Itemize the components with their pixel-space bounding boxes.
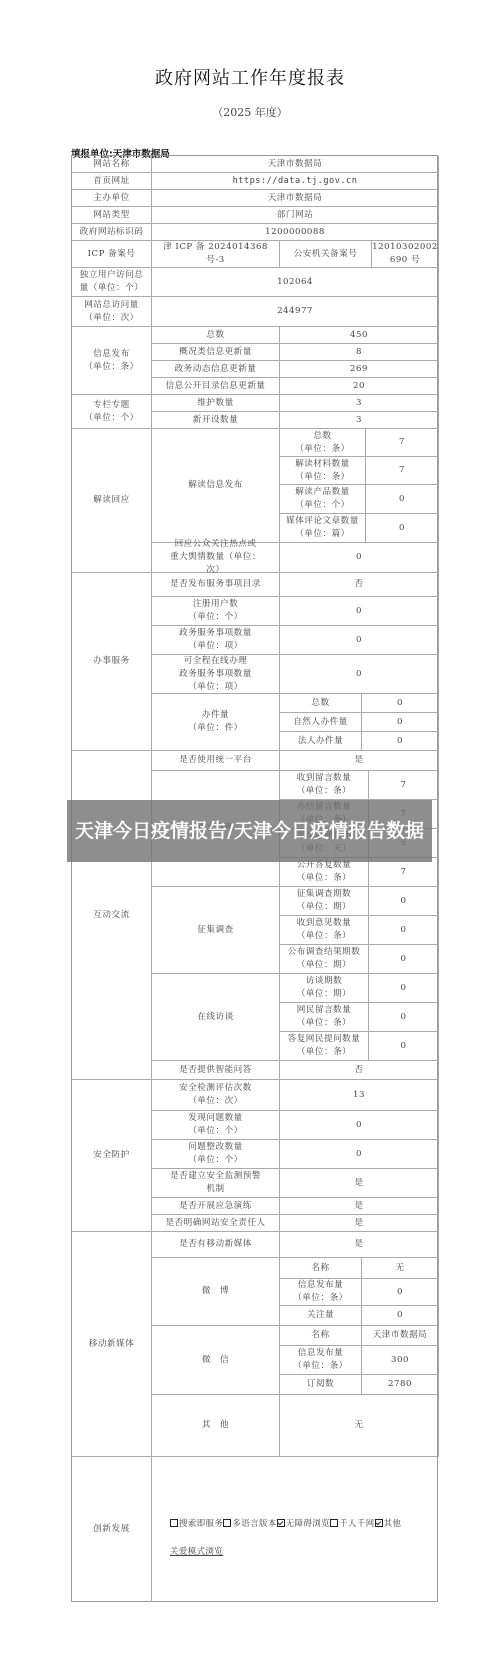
security-row-value: 是 <box>280 1198 439 1215</box>
label-other-media: 其 他 <box>152 1395 280 1457</box>
security-row-value: 0 <box>280 1140 439 1169</box>
label-survey: 征集调查 <box>152 887 280 974</box>
label-security: 安全防护 <box>72 1080 152 1232</box>
survey-row-label: 公布调查结果期数 （单位：期） <box>280 945 369 974</box>
other-innovation-text: 关爱模式浏览 <box>170 1546 223 1556</box>
survey-row-label: 征集调查期数 （单位：期） <box>280 887 369 916</box>
label-site-name: 网站名称 <box>72 156 152 173</box>
label-service-catalog: 是否发布服务事项目录 <box>152 573 280 597</box>
label-cases: 办件量 （单位：件） <box>152 694 280 751</box>
label-info-publish: 信息发布 （单位：条） <box>72 327 152 395</box>
msg-row-value: 7 <box>369 858 439 887</box>
cases-row-value: 0 <box>362 713 439 732</box>
label-has-mobile-media: 是否有移动新媒体 <box>152 1232 280 1258</box>
label-interpret-publish: 解读信息发布 <box>152 429 280 543</box>
report-year: （2025 年度） <box>0 104 500 120</box>
option-label: 无障碍浏览 <box>286 1518 330 1528</box>
value-has-mobile-media: 是 <box>280 1232 439 1258</box>
value-icp: 津 ICP 备 2024014368 号-3 <box>152 241 280 268</box>
weibo-row-value: 0 <box>362 1306 439 1326</box>
cases-row-label: 总数 <box>280 694 362 713</box>
security-row-value: 13 <box>280 1080 439 1111</box>
wechat-row-value: 300 <box>362 1346 439 1375</box>
interpret-row-value: 0 <box>366 485 439 514</box>
msg-row-value: 7 <box>369 771 439 800</box>
info-row-value: 269 <box>280 361 439 378</box>
value-online-items: 0 <box>280 655 439 694</box>
wechat-row-value: 天津市数据局 <box>362 1326 439 1346</box>
label-police-record: 公安机关备案号 <box>280 241 372 268</box>
value-smart-qa: 否 <box>280 1061 439 1080</box>
security-row-label: 安全检测评估次数 （单位：次） <box>152 1080 280 1111</box>
interpret-row-label: 媒体评论文章数量 （单位：篇） <box>280 514 366 543</box>
interpret-row-value: 7 <box>366 457 439 485</box>
value-site-type: 部门网站 <box>152 207 439 224</box>
value-hot-response: 0 <box>280 543 439 573</box>
label-innovation: 创新发展 <box>72 1457 152 1602</box>
talk-row-label: 网民留言数量 （单位：条） <box>280 1003 369 1032</box>
info-row-label: 政务动态信息更新量 <box>152 361 280 378</box>
talk-row-value: 0 <box>369 1032 439 1061</box>
value-other-media: 无 <box>280 1395 439 1457</box>
innovation-options: 搜索即服务多语言版本无障碍浏览千人千网其他 关爱模式浏览 <box>152 1457 439 1602</box>
label-registered-users: 注册用户数 （单位：个） <box>152 597 280 626</box>
label-site-type: 网站类型 <box>72 207 152 224</box>
column-row-label: 维护数量 <box>152 395 280 412</box>
label-online-interview: 在线访谈 <box>152 974 280 1061</box>
label-unified-platform: 是否使用统一平台 <box>152 751 280 771</box>
info-row-value: 20 <box>280 378 439 395</box>
wechat-row-label: 名称 <box>280 1326 362 1346</box>
label-smart-qa: 是否提供智能问答 <box>152 1061 280 1080</box>
cases-row-label: 法人办件量 <box>280 732 362 751</box>
security-row-value: 是 <box>280 1169 439 1198</box>
interpret-row-value: 7 <box>366 429 439 457</box>
option-label: 搜索即服务 <box>179 1518 223 1528</box>
report-title: 政府网站工作年度报表 <box>0 64 500 90</box>
label-mobile-media: 移动新媒体 <box>72 1232 152 1457</box>
msg-row-label: 公开答复数量 （单位：条） <box>280 858 369 887</box>
talk-row-label: 答复网民提问数量 （单位：条） <box>280 1032 369 1061</box>
wechat-row-value: 2780 <box>362 1375 439 1395</box>
column-row-label: 新开设数量 <box>152 412 280 429</box>
value-site-code: 1200000088 <box>152 224 439 241</box>
checkbox-personalized[interactable] <box>330 1519 338 1527</box>
value-page-views: 244977 <box>152 297 439 327</box>
value-unique-visitors: 102064 <box>152 268 439 297</box>
security-row-value: 0 <box>280 1111 439 1140</box>
value-homepage: https://data.tj.gov.cn <box>152 173 439 190</box>
option-label: 千人千网 <box>339 1518 375 1528</box>
wechat-row-label: 信息发布量 （单位：条） <box>280 1346 362 1375</box>
label-icp: ICP 备案号 <box>72 241 152 268</box>
value-police-record: 12010302002 690 号 <box>372 241 439 268</box>
value-service-items: 0 <box>280 626 439 655</box>
label-service-items: 政务服务事项数量 （单位：项） <box>152 626 280 655</box>
option-label: 多语言版本 <box>232 1518 276 1528</box>
weibo-row-label: 关注量 <box>280 1306 362 1326</box>
info-row-label: 总数 <box>152 327 280 344</box>
column-row-value: 3 <box>280 395 439 412</box>
security-row-label: 是否明确网站安全责任人 <box>152 1215 280 1232</box>
label-column-topics: 专栏专题 （单位：个） <box>72 395 152 429</box>
info-row-label: 信息公开目录信息更新量 <box>152 378 280 395</box>
survey-row-value: 0 <box>369 945 439 974</box>
info-row-value: 8 <box>280 344 439 361</box>
talk-row-value: 0 <box>369 1003 439 1032</box>
msg-row-label: 收到留言数量 （单位：条） <box>280 771 369 800</box>
wechat-row-label: 订阅数 <box>280 1375 362 1395</box>
talk-row-value: 0 <box>369 974 439 1003</box>
info-row-value: 450 <box>280 327 439 344</box>
checkbox-search-service[interactable] <box>170 1519 178 1527</box>
survey-row-value: 0 <box>369 887 439 916</box>
value-unified-platform: 是 <box>280 751 439 771</box>
value-registered-users: 0 <box>280 597 439 626</box>
cases-row-value: 0 <box>362 694 439 713</box>
label-site-code: 政府网站标识码 <box>72 224 152 241</box>
info-row-label: 概况类信息更新量 <box>152 344 280 361</box>
interpret-row-label: 解读材料数量 （单位：条） <box>280 457 366 485</box>
cases-row-value: 0 <box>362 732 439 751</box>
weibo-row-label: 信息发布量 （单位：条） <box>280 1279 362 1306</box>
security-row-label: 发现问题数量 （单位：个） <box>152 1111 280 1140</box>
label-interpretation: 解读回应 <box>72 429 152 573</box>
checkbox-other-checked[interactable] <box>375 1519 383 1527</box>
label-online-items: 可全程在线办理 政务服务事项数量 （单位：项） <box>152 655 280 694</box>
column-row-value: 3 <box>280 412 439 429</box>
label-service: 办事服务 <box>72 573 152 751</box>
talk-row-label: 访谈期数 （单位：期） <box>280 974 369 1003</box>
checkbox-multilingual[interactable] <box>223 1519 231 1527</box>
value-host: 天津市数据局 <box>152 190 439 207</box>
cases-row-label: 自然人办件量 <box>280 713 362 732</box>
checkbox-accessibility-checked[interactable] <box>277 1519 285 1527</box>
value-site-name: 天津市数据局 <box>152 156 439 173</box>
label-unique-visitors: 独立用户访问总 量（单位：个） <box>72 268 152 297</box>
label-hot-response: 回应公众关注热点或 重大舆情数量（单位： 次） <box>152 543 280 573</box>
survey-row-value: 0 <box>369 916 439 945</box>
interpret-row-label: 总数 （单位：条） <box>280 429 366 457</box>
security-row-label: 问题整改数量 （单位：个） <box>152 1140 280 1169</box>
interpret-row-label: 解读产品数量 （单位：个） <box>280 485 366 514</box>
option-label: 其他 <box>384 1518 402 1528</box>
weibo-row-value: 无 <box>362 1258 439 1279</box>
watermark-banner: 天津今日疫情报告/天津今日疫情报告数据 <box>67 800 432 862</box>
security-row-label: 是否开展应急演练 <box>152 1198 280 1215</box>
label-page-views: 网站总访问量 （单位：次） <box>72 297 152 327</box>
security-row-value: 是 <box>280 1215 439 1232</box>
survey-row-label: 收到意见数量 （单位：条） <box>280 916 369 945</box>
report-table: 网站名称 天津市数据局 首页网址 https://data.tj.gov.cn … <box>71 155 438 1602</box>
label-homepage: 首页网址 <box>72 173 152 190</box>
label-host: 主办单位 <box>72 190 152 207</box>
interpret-row-value: 0 <box>366 514 439 543</box>
weibo-row-value: 0 <box>362 1279 439 1306</box>
value-service-catalog: 否 <box>280 573 439 597</box>
label-wechat: 微 信 <box>152 1326 280 1395</box>
label-weibo: 微 博 <box>152 1258 280 1326</box>
weibo-row-label: 名称 <box>280 1258 362 1279</box>
security-row-label: 是否建立安全监测预警 机制 <box>152 1169 280 1198</box>
